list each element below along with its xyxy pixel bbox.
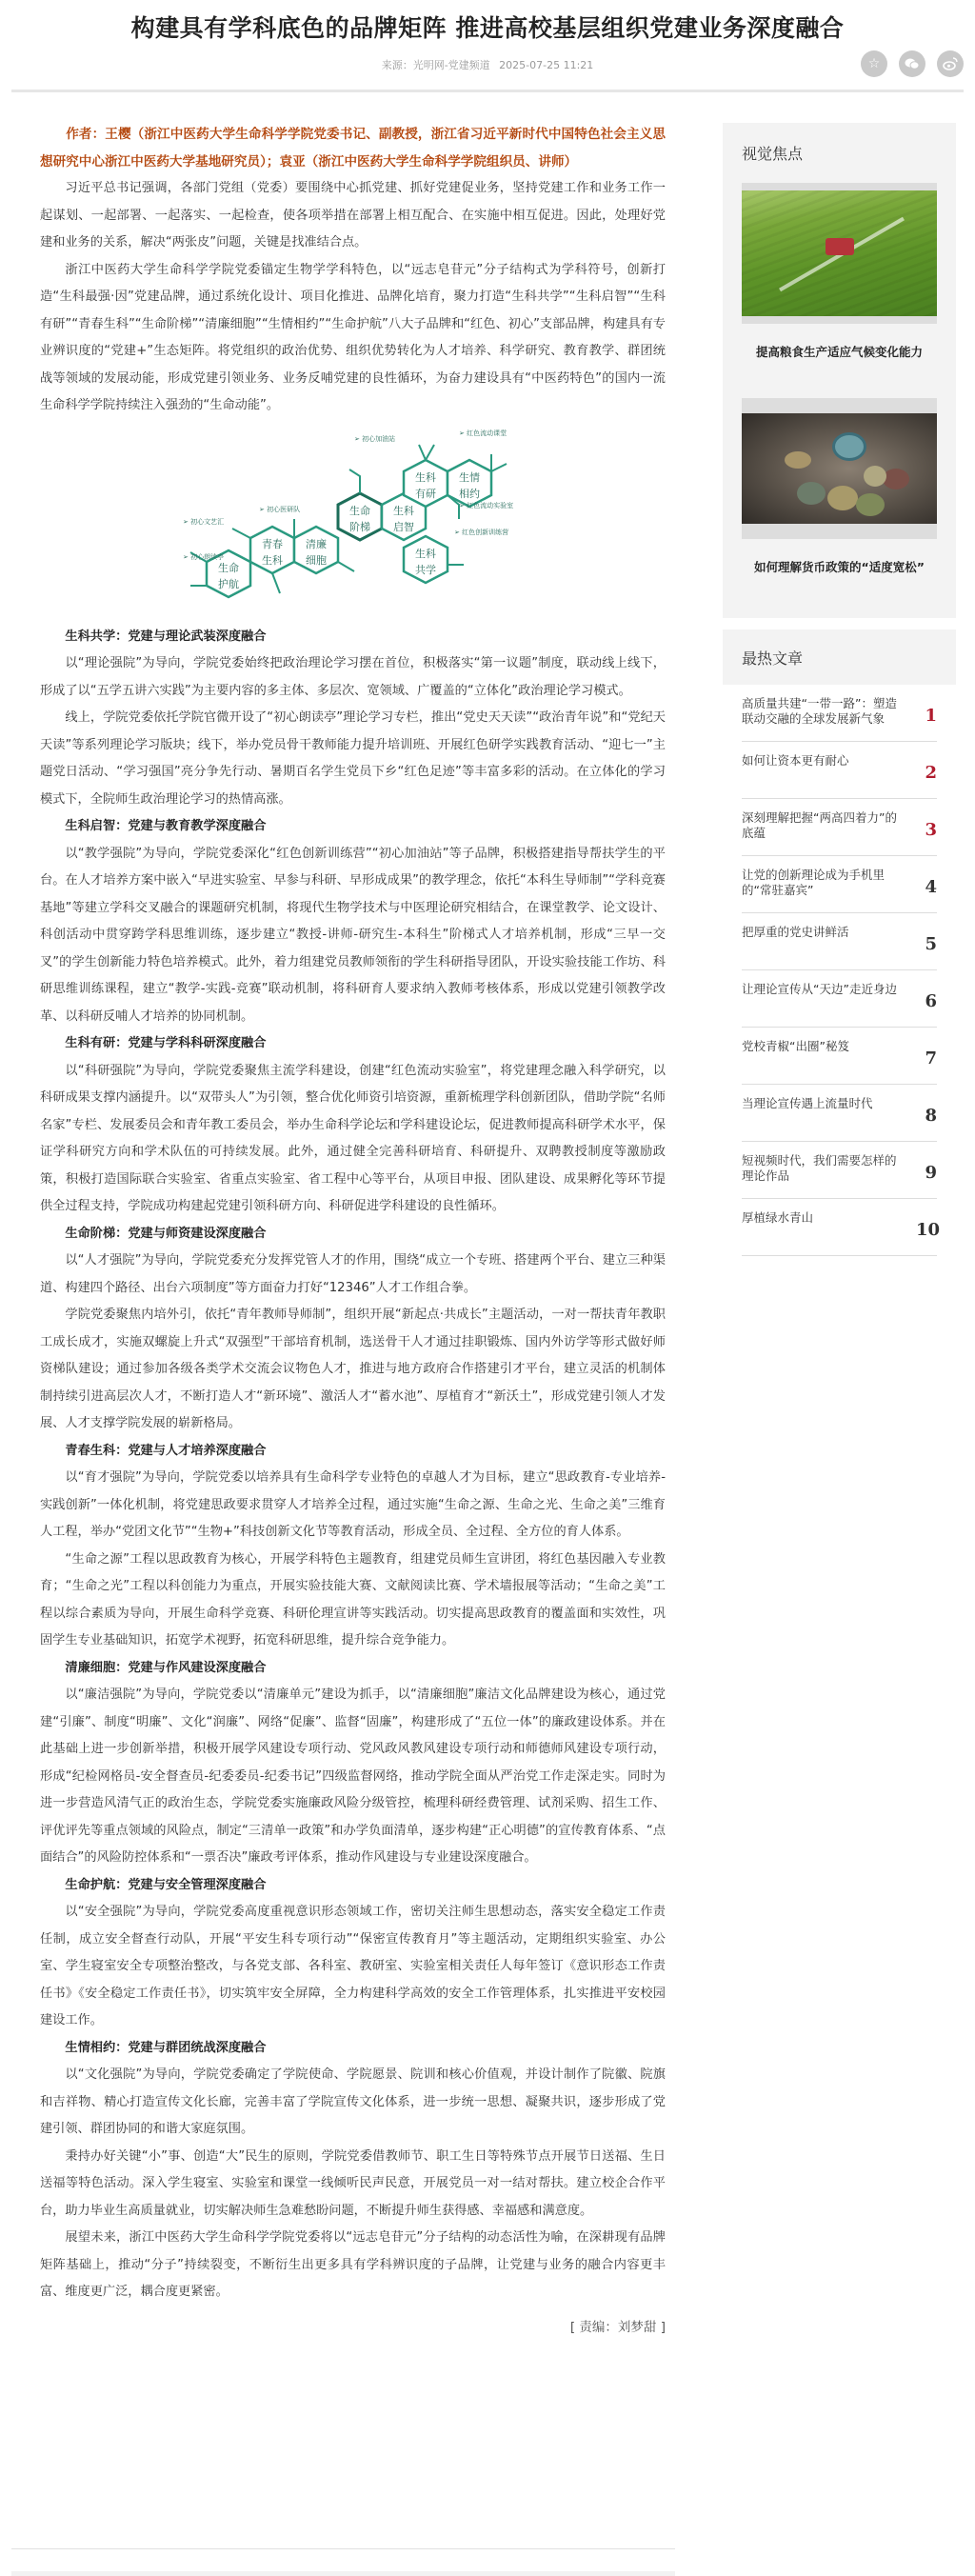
- paragraph: 学院党委聚焦内培外引，依托“青年教师导师制”，组织开展“新起点·共成长”主题活动…: [40, 1302, 666, 1438]
- hot-articles-box: 最热文章 高质量共建“一带一路”：塑造联动交融的全球发展新气象1 如何让资本更有…: [723, 629, 956, 1256]
- svg-text:生命: 生命: [349, 504, 370, 517]
- hot-article-item[interactable]: 深刻理解把握“两高四着力”的底蕴3: [742, 799, 937, 856]
- hot-article-item[interactable]: 如何让资本更有耐心2: [742, 742, 937, 799]
- svg-text:➢ 红色流动实验室: ➢ 红色流动实验室: [459, 501, 513, 509]
- qzone-icon[interactable]: ☆: [861, 50, 887, 77]
- rank-number: 6: [916, 991, 937, 1011]
- rank-number: 9: [916, 1163, 937, 1183]
- hexagon-molecule-diagram: 生命护航 青春生科 清廉细胞 生命阶梯 生科启智 生科有研 生情相约 生科共学 …: [164, 424, 526, 614]
- svg-text:生科: 生科: [415, 547, 436, 560]
- weibo-icon[interactable]: [937, 50, 964, 77]
- svg-text:➢ 初心加油站: ➢ 初心加油站: [354, 434, 395, 443]
- coins-image[interactable]: [742, 398, 937, 539]
- svg-text:共学: 共学: [415, 563, 436, 576]
- rank-number: 7: [916, 1048, 937, 1068]
- svg-text:有研: 有研: [415, 488, 436, 500]
- article-meta: 来源：光明网-党建频道 2025-07-25 11:21: [0, 57, 975, 72]
- hot-article-item[interactable]: 当理论宣传遇上流量时代8: [742, 1085, 937, 1142]
- section-heading: 青春生科：党建与人才培养深度融合: [40, 1438, 666, 1466]
- svg-text:启智: 启智: [393, 520, 414, 533]
- focus-item[interactable]: 如何理解货币政策的“适度宽松”: [742, 398, 937, 575]
- conclusion-paragraph: 展望未来，浙江中医药大学生命科学学院党委将以“远志皂苷元”分子结构的动态活性为喻…: [40, 2225, 666, 2306]
- paragraph: 线上，学院党委依托学院官微开设了“初心朗读亭”理论学习专栏，推出“党史天天读”“…: [40, 705, 666, 813]
- section-heading: 生命阶梯：党建与师资建设深度融合: [40, 1221, 666, 1248]
- paragraph: 以“育才强院”为导向，学院党委以培养具有生命科学专业特色的卓越人才为目标，建立“…: [40, 1465, 666, 1547]
- sidebar: 视觉焦点 提高粮食生产适应气候变化能力 如何理解货币政策的“适度宽松”: [723, 123, 956, 1256]
- svg-text:护航: 护航: [218, 577, 239, 590]
- focus-caption[interactable]: 提高粮食生产适应气候变化能力: [742, 343, 937, 360]
- paragraph: 以“廉洁强院”为导向，学院党委以“清廉单元”建设为抓手，以“清廉细胞”廉洁文化品…: [40, 1682, 666, 1872]
- paragraph: 以“安全强院”为导向，学院党委高度重视意识形态领域工作，密切关注师生思想动态，落…: [40, 1899, 666, 2035]
- svg-text:➢ 初心文艺汇: ➢ 初心文艺汇: [183, 517, 224, 526]
- hot-article-item[interactable]: 让党的创新理论成为手机里的“常驻嘉宾”4: [742, 856, 937, 913]
- hot-articles-list: 高质量共建“一带一路”：塑造联动交融的全球发展新气象1 如何让资本更有耐心2 深…: [723, 685, 956, 1256]
- wechat-icon[interactable]: [899, 50, 925, 77]
- article-body: 作者：王樱（浙江中医药大学生命科学学院党委书记、副教授，浙江省习近平新时代中国特…: [11, 92, 675, 2341]
- article-header: 构建具有学科底色的品牌矩阵 推进高校基层组织党建业务深度融合 来源：光明网-党建…: [0, 0, 975, 91]
- svg-text:➢ 初心医研队: ➢ 初心医研队: [259, 505, 300, 513]
- svg-text:相约: 相约: [459, 487, 480, 500]
- section-heading: 生科有研：党建与学科科研深度融合: [40, 1030, 666, 1058]
- section-heading: 清廉细胞：党建与作风建设深度融合: [40, 1655, 666, 1683]
- paragraph: 以“科研强院”为导向，学院党委聚焦主流学科建设，创建“红色流动实验室”，将党建理…: [40, 1058, 666, 1221]
- hot-article-item[interactable]: 厚植绿水青山10: [742, 1199, 937, 1256]
- hot-article-item[interactable]: 高质量共建“一带一路”：塑造联动交融的全球发展新气象1: [742, 685, 937, 742]
- paragraph: 以“教学强院”为导向，学院党委深化“红色创新训练营”“初心加油站”等子品牌，积极…: [40, 841, 666, 1031]
- paragraph: 以“理论强院”为导向，学院党委始终把政治理论学习摆在首位，积极落实“第一议题”制…: [40, 650, 666, 705]
- hot-article-item[interactable]: 党校青椒“出圈”秘笈7: [742, 1028, 937, 1085]
- section-heading: 生命护航：党建与安全管理深度融合: [40, 1872, 666, 1900]
- brand-matrix-figure: 生命护航 青春生科 清廉细胞 生命阶梯 生科启智 生科有研 生情相约 生科共学 …: [40, 424, 666, 614]
- svg-text:清廉: 清廉: [306, 537, 327, 550]
- share-bar: ☆: [861, 50, 964, 77]
- editor-credit: [ 责编：刘梦甜 ]: [40, 2314, 666, 2342]
- section-heading: 生科共学：党建与理论武装深度融合: [40, 624, 666, 651]
- svg-text:阶梯: 阶梯: [349, 520, 370, 533]
- source-label: 来源：光明网-党建频道: [382, 59, 490, 71]
- svg-text:➢ 初心朗读亭: ➢ 初心朗读亭: [183, 552, 224, 561]
- hot-article-item[interactable]: 让理论宣传从“天边”走近身边6: [742, 970, 937, 1028]
- rank-number: 10: [916, 1220, 937, 1240]
- hot-article-item[interactable]: 短视频时代，我们需要怎样的理论作品9: [742, 1142, 937, 1199]
- hot-article-item[interactable]: 把厚重的党史讲鲜活5: [742, 913, 937, 970]
- svg-text:生科: 生科: [262, 553, 283, 567]
- focus-item[interactable]: 提高粮食生产适应气候变化能力: [742, 183, 937, 360]
- visual-focus-title: 视觉焦点: [742, 142, 937, 164]
- svg-text:青春: 青春: [262, 537, 283, 550]
- section-heading: 生情相约：党建与群团统战深度融合: [40, 2035, 666, 2063]
- author-line: 作者：王樱（浙江中医药大学生命科学学院党委书记、副教授，浙江省习近平新时代中国特…: [40, 121, 666, 175]
- paragraph: “生命之源”工程以思政教育为核心，开展学科特色主题教育，组建党员师生宣讲团，将红…: [40, 1547, 666, 1655]
- paragraph: 以“文化强院”为导向，学院党委确定了学院使命、学院愿景、院训和核心价值观，并设计…: [40, 2062, 666, 2144]
- svg-text:生命: 生命: [218, 561, 239, 574]
- hot-articles-title: 最热文章: [723, 629, 956, 685]
- article-end-divider: [11, 2548, 675, 2549]
- section-heading: 生科启智：党建与教育教学深度融合: [40, 813, 666, 841]
- page-title: 构建具有学科底色的品牌矩阵 推进高校基层组织党建业务深度融合: [0, 10, 975, 44]
- farm-field-image[interactable]: [742, 183, 937, 324]
- paragraph: 习近平总书记强调，各部门党组（党委）要围绕中心抓党建、抓好党建促业务，坚持党建工…: [40, 175, 666, 257]
- rank-number: 5: [916, 934, 937, 954]
- svg-text:生科: 生科: [415, 470, 436, 484]
- visual-focus-box: 视觉焦点 提高粮食生产适应气候变化能力 如何理解货币政策的“适度宽松”: [723, 123, 956, 618]
- svg-text:➢ 红色流动课堂: ➢ 红色流动课堂: [459, 429, 507, 437]
- rank-number: 1: [916, 706, 937, 726]
- footer-bar: [11, 2571, 675, 2576]
- article-column: 作者：王樱（浙江中医药大学生命科学学院党委书记、副教授，浙江省习近平新时代中国特…: [11, 92, 675, 2341]
- svg-text:细胞: 细胞: [306, 554, 327, 567]
- rank-number: 4: [916, 877, 937, 897]
- publish-datetime: 2025-07-25 11:21: [499, 59, 593, 71]
- svg-text:生情: 生情: [459, 470, 480, 484]
- rank-number: 3: [916, 820, 937, 840]
- focus-caption[interactable]: 如何理解货币政策的“适度宽松”: [742, 558, 937, 575]
- paragraph: 以“人才强院”为导向，学院党委充分发挥党管人才的作用，围绕“成立一个专班、搭建两…: [40, 1248, 666, 1302]
- rank-number: 2: [916, 763, 937, 783]
- svg-text:➢ 红色创新训练营: ➢ 红色创新训练营: [454, 528, 508, 536]
- paragraph: 浙江中医药大学生命科学学院党委锚定生物学学科特色，以“远志皂苷元”分子结构式为学…: [40, 257, 666, 420]
- svg-text:生科: 生科: [393, 504, 414, 517]
- paragraph: 秉持办好关键“小”事、创造“大”民生的原则，学院党委借教师节、职工生日等特殊节点…: [40, 2144, 666, 2226]
- rank-number: 8: [916, 1106, 937, 1126]
